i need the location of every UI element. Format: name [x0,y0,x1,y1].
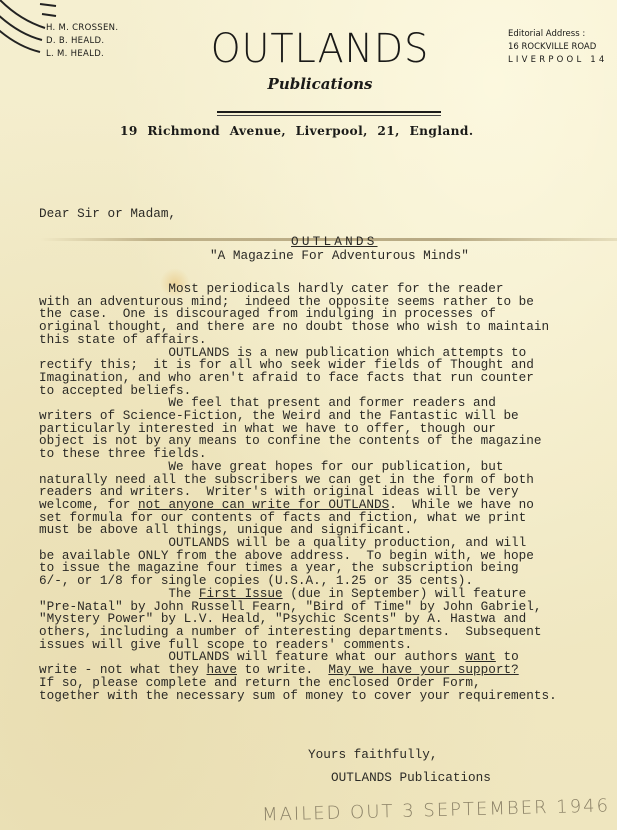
body-line: together with the necessary sum of money… [39,690,557,703]
paragraph-6: The First Issue (due in September) will … [39,588,557,652]
postal-address: 19 Richmond Avenue, Liverpool, 21, Engla… [120,124,540,138]
handwritten-note: MAILED OUT 3 SEPTEMBER 1946 [262,795,611,825]
paragraph-2: OUTLANDS is a new publication which atte… [39,347,557,398]
masthead-rule [217,111,441,113]
letter-tagline: "A Magazine For Adventurous Minds" [210,250,469,263]
editorial-address-street: 16 ROCKVILLE ROAD [508,41,608,54]
directors-list: H. M. CROSSEN. D. B. HEALD. L. M. HEALD. [46,22,118,61]
masthead-rule-thin [217,115,441,116]
paragraph-7: OUTLANDS will feature what our authors w… [39,651,557,702]
letter-body: Most periodicals hardly cater for the re… [39,283,557,702]
paragraph-1: Most periodicals hardly cater for the re… [39,283,557,347]
director-name: H. M. CROSSEN. [46,22,118,35]
masthead-title: OUTLANDS [206,27,434,71]
closing: Yours faithfully, [308,749,437,762]
paragraph-4: We have great hopes for our publication,… [39,461,557,537]
editorial-address-city: LIVERPOOL 14 [508,54,608,67]
editorial-address-label: Editorial Address : [508,28,608,41]
masthead-subtitle: Publications [200,75,440,93]
salutation: Dear Sir or Madam, [39,208,176,221]
paragraph-5: OUTLANDS will be a quality production, a… [39,537,557,588]
director-name: D. B. HEALD. [46,35,118,48]
signature: OUTLANDS Publications [331,772,491,785]
masthead: OUTLANDS Publications [200,27,440,93]
letter-heading: OUTLANDS [291,236,378,249]
editorial-address: Editorial Address : 16 ROCKVILLE ROAD LI… [508,28,608,67]
letter-page: H. M. CROSSEN. D. B. HEALD. L. M. HEALD.… [0,0,617,830]
paragraph-3: We feel that present and former readers … [39,397,557,461]
director-name: L. M. HEALD. [46,48,118,61]
